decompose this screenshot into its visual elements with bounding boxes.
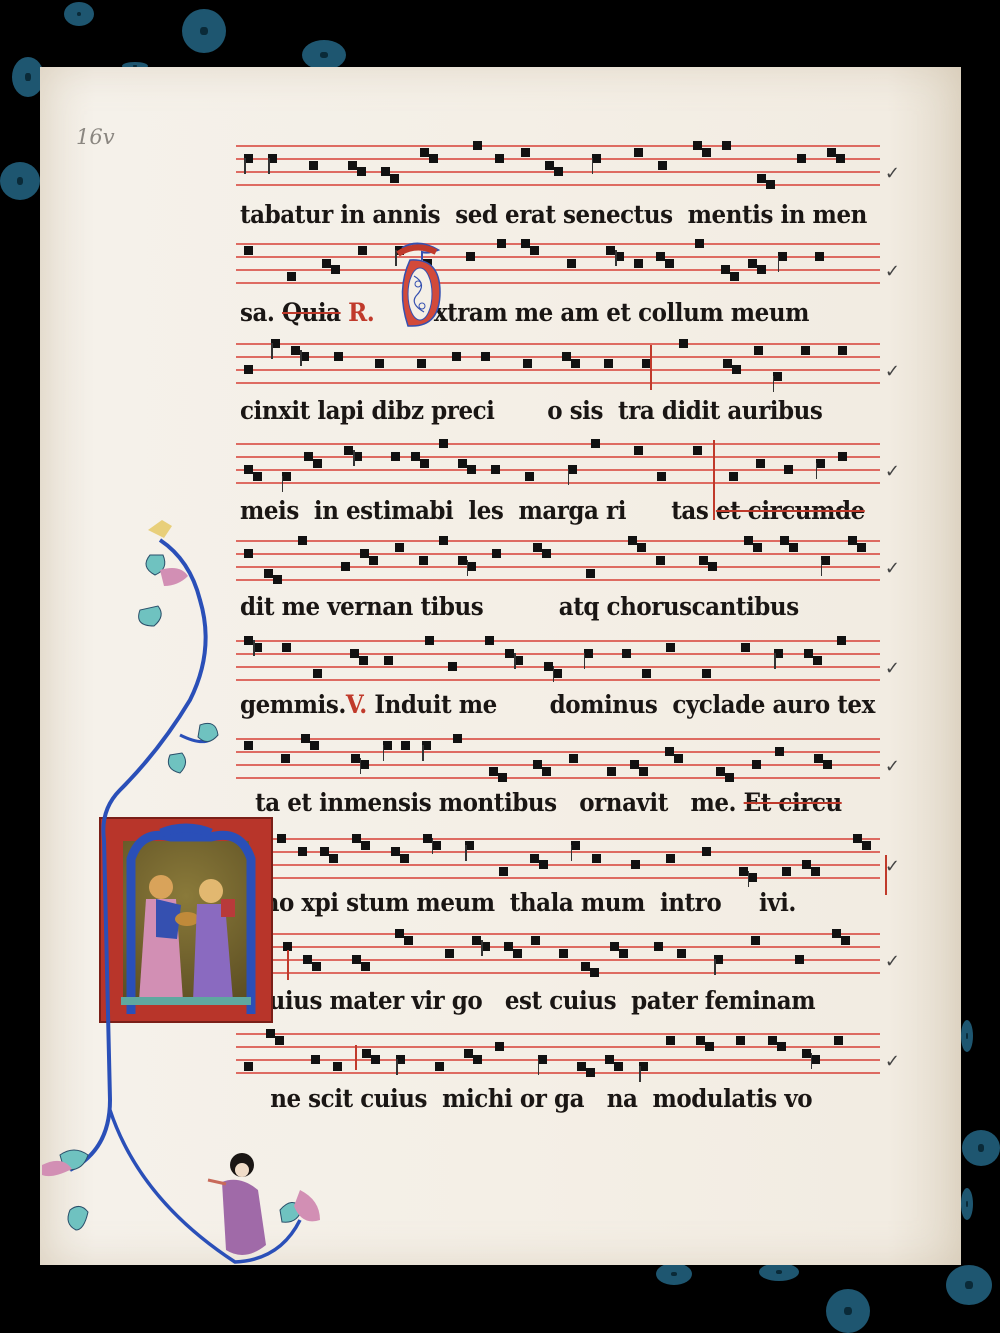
- rubric-stroke: [713, 440, 715, 520]
- neume: [802, 1049, 811, 1058]
- neume: [542, 767, 551, 776]
- neume: [630, 760, 639, 769]
- neume: [823, 760, 832, 769]
- neume: [757, 265, 766, 274]
- neume: [591, 439, 600, 448]
- neume: [391, 452, 400, 461]
- neume: [723, 359, 732, 368]
- neume: [542, 549, 551, 558]
- neume-stem: [714, 959, 716, 975]
- neume: [827, 148, 836, 157]
- neume: [361, 841, 370, 850]
- neume: [467, 465, 476, 474]
- marker-dot: [946, 1265, 992, 1305]
- neume: [423, 834, 432, 843]
- rubric-stroke: [650, 345, 652, 390]
- neume: [837, 636, 846, 645]
- neume: [466, 252, 475, 261]
- custos-mark: ✓: [885, 361, 900, 382]
- neume: [419, 556, 428, 565]
- marker-dot: [759, 1263, 799, 1281]
- custos-mark: ✓: [885, 658, 900, 679]
- neume: [677, 949, 686, 958]
- neume: [497, 239, 506, 248]
- neume: [802, 860, 811, 869]
- neume: [804, 649, 813, 658]
- marker-dot: [961, 1020, 973, 1052]
- neume: [562, 352, 571, 361]
- neume: [639, 767, 648, 776]
- neume: [614, 1062, 623, 1071]
- neume: [656, 252, 665, 261]
- neume: [571, 359, 580, 368]
- neume: [716, 767, 725, 776]
- neume-stem: [481, 940, 483, 956]
- neume: [722, 141, 731, 150]
- neume-stem: [553, 666, 555, 682]
- neume: [491, 465, 500, 474]
- neume-stem: [584, 653, 586, 669]
- custos-mark: ✓: [885, 856, 900, 877]
- neume: [813, 656, 822, 665]
- neume: [473, 141, 482, 150]
- neume: [748, 259, 757, 268]
- neume: [425, 636, 434, 645]
- neume: [768, 1036, 777, 1045]
- lyric-segment: et circumde: [716, 496, 865, 525]
- neume: [458, 556, 467, 565]
- neume: [780, 536, 789, 545]
- neume: [445, 949, 454, 958]
- neume: [665, 747, 674, 756]
- neume: [757, 174, 766, 183]
- neume: [815, 252, 824, 261]
- neume: [544, 662, 553, 671]
- neume: [439, 439, 448, 448]
- neume: [523, 359, 532, 368]
- neume: [361, 962, 370, 971]
- neume: [604, 359, 613, 368]
- neume: [631, 860, 640, 869]
- custos-mark: ✓: [885, 951, 900, 972]
- neume: [581, 962, 590, 971]
- neume-stem: [811, 1053, 813, 1069]
- neume: [741, 643, 750, 652]
- neume-stem: [383, 745, 385, 761]
- neume: [729, 472, 738, 481]
- marker-dot: [962, 1130, 1000, 1166]
- neume: [811, 867, 820, 876]
- neume: [784, 465, 793, 474]
- custos-mark: ✓: [885, 558, 900, 579]
- neume: [705, 1042, 714, 1051]
- neume: [736, 1036, 745, 1045]
- neume: [473, 1055, 482, 1064]
- neume-stem: [568, 469, 570, 485]
- neume: [795, 955, 804, 964]
- neume: [725, 773, 734, 782]
- neume-stem: [422, 745, 424, 761]
- neume: [453, 734, 462, 743]
- neume: [404, 936, 413, 945]
- neume: [391, 847, 400, 856]
- neume: [622, 649, 631, 658]
- decorated-initial-d: [388, 240, 448, 330]
- neume: [559, 949, 568, 958]
- neume: [753, 543, 762, 552]
- neume: [634, 259, 643, 268]
- neume: [610, 942, 619, 951]
- neume: [533, 543, 542, 552]
- neume-stem: [748, 871, 750, 887]
- custos-mark: ✓: [885, 756, 900, 777]
- neume: [637, 543, 646, 552]
- neume: [395, 929, 404, 938]
- neume: [371, 1055, 380, 1064]
- neume-stem: [816, 463, 818, 479]
- neume: [504, 942, 513, 951]
- neume-stem: [538, 1059, 540, 1075]
- neume: [634, 446, 643, 455]
- neume: [862, 841, 871, 850]
- neume: [472, 936, 481, 945]
- neume: [656, 556, 665, 565]
- marker-dot: [656, 1263, 692, 1285]
- neume: [654, 942, 663, 951]
- lyric-segment: Et circu: [744, 788, 842, 817]
- neume: [439, 536, 448, 545]
- neume: [679, 339, 688, 348]
- neume: [732, 365, 741, 374]
- neume: [754, 346, 763, 355]
- neume: [702, 847, 711, 856]
- neume-stem: [639, 1066, 641, 1082]
- neume-stem: [514, 653, 516, 669]
- custos-mark: ✓: [885, 461, 900, 482]
- neume: [841, 936, 850, 945]
- neume: [693, 446, 702, 455]
- neume: [525, 472, 534, 481]
- neume: [390, 174, 399, 183]
- neume: [777, 1042, 786, 1051]
- neume: [775, 747, 784, 756]
- neume-stem: [778, 256, 780, 272]
- neume: [401, 741, 410, 750]
- neume: [708, 562, 717, 571]
- neume: [481, 352, 490, 361]
- neume-stem: [592, 158, 594, 174]
- neume-stem: [432, 838, 434, 854]
- neume: [395, 543, 404, 552]
- neume-stem: [773, 376, 775, 392]
- neume: [530, 854, 539, 863]
- neume: [782, 867, 791, 876]
- neume: [658, 161, 667, 170]
- neume-stem: [465, 845, 467, 861]
- neume: [674, 754, 683, 763]
- neume: [420, 459, 429, 468]
- neume: [853, 834, 862, 843]
- neume: [545, 161, 554, 170]
- neume: [586, 569, 595, 578]
- neume: [693, 141, 702, 150]
- neume: [838, 346, 847, 355]
- neume: [531, 936, 540, 945]
- neume: [577, 1062, 586, 1071]
- neume: [702, 148, 711, 157]
- neume: [521, 148, 530, 157]
- neume: [590, 968, 599, 977]
- neume-stem: [571, 845, 573, 861]
- neume: [521, 239, 530, 248]
- neume: [766, 180, 775, 189]
- marginal-vine: [0, 0, 360, 1333]
- neume: [452, 352, 461, 361]
- neume: [665, 259, 674, 268]
- neume: [666, 1036, 675, 1045]
- neume: [730, 272, 739, 281]
- neume-stem: [467, 560, 469, 576]
- neume: [836, 154, 845, 163]
- custos-mark: ✓: [885, 1051, 900, 1072]
- neume: [513, 949, 522, 958]
- neume: [533, 760, 542, 769]
- neume: [702, 669, 711, 678]
- neume: [429, 154, 438, 163]
- neume: [752, 760, 761, 769]
- neume-stem: [396, 1059, 398, 1075]
- neume: [657, 472, 666, 481]
- neume: [485, 636, 494, 645]
- neume: [606, 246, 615, 255]
- neume: [539, 860, 548, 869]
- neume: [554, 167, 563, 176]
- neume: [834, 1036, 843, 1045]
- marker-dot: [826, 1289, 870, 1333]
- marker-dot: [961, 1188, 973, 1220]
- neume: [739, 867, 748, 876]
- neume: [499, 867, 508, 876]
- neume: [695, 239, 704, 248]
- neume: [642, 669, 651, 678]
- neume: [699, 556, 708, 565]
- neume: [464, 1049, 473, 1058]
- neume: [586, 1068, 595, 1077]
- neume: [505, 649, 514, 658]
- neume: [381, 167, 390, 176]
- neume: [721, 265, 730, 274]
- custos-mark: ✓: [885, 261, 900, 282]
- neume: [857, 543, 866, 552]
- neume-stem: [774, 653, 776, 669]
- neume: [666, 854, 675, 863]
- neume: [435, 1062, 444, 1071]
- neume: [789, 543, 798, 552]
- neume: [359, 656, 368, 665]
- neume-stem: [821, 560, 823, 576]
- lyric-segment: Induit me dominus cyclade auro tex: [367, 690, 875, 719]
- neume: [696, 1036, 705, 1045]
- neume: [458, 459, 467, 468]
- neume: [628, 536, 637, 545]
- neume: [411, 452, 420, 461]
- custos-mark: ✓: [885, 163, 900, 184]
- neume: [420, 148, 429, 157]
- neume: [448, 662, 457, 671]
- neume: [384, 656, 393, 665]
- neume: [375, 359, 384, 368]
- neume: [814, 754, 823, 763]
- neume: [756, 459, 765, 468]
- neume: [569, 754, 578, 763]
- neume: [838, 452, 847, 461]
- neume: [666, 643, 675, 652]
- neume-stem: [360, 758, 362, 774]
- neume: [607, 767, 616, 776]
- neume: [751, 936, 760, 945]
- neume: [498, 773, 507, 782]
- rubric-stroke: [885, 855, 887, 895]
- neume: [619, 949, 628, 958]
- neume: [567, 259, 576, 268]
- neume: [362, 1049, 371, 1058]
- neume: [744, 536, 753, 545]
- neume: [634, 148, 643, 157]
- neume: [801, 346, 810, 355]
- neume: [489, 767, 498, 776]
- neume: [417, 359, 426, 368]
- neume: [400, 854, 409, 863]
- neume: [492, 549, 501, 558]
- neume: [592, 854, 601, 863]
- neume: [495, 1042, 504, 1051]
- neume: [832, 929, 841, 938]
- neume: [848, 536, 857, 545]
- neume: [797, 154, 806, 163]
- neume: [605, 1055, 614, 1064]
- neume: [369, 556, 378, 565]
- neume: [360, 549, 369, 558]
- neume-stem: [615, 250, 617, 266]
- neume: [495, 154, 504, 163]
- bird-icon: [148, 520, 172, 538]
- neume: [530, 246, 539, 255]
